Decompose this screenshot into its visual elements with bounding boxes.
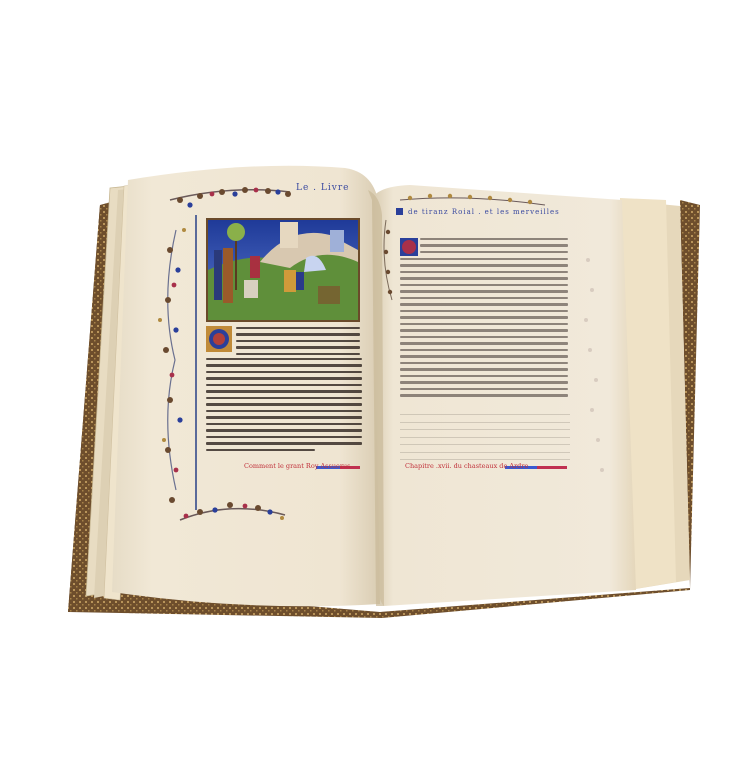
book-illustration bbox=[0, 0, 750, 780]
right-text-block bbox=[420, 238, 568, 257]
left-text-block-lower bbox=[206, 358, 362, 455]
manuscript-photo: Le . Livre de tiranz Roial . et les merv… bbox=[0, 0, 750, 780]
right-running-header: de tiranz Roial . et les merveilles bbox=[408, 208, 560, 216]
right-text-block-lower bbox=[400, 258, 568, 401]
right-ruled-lines bbox=[400, 414, 570, 467]
left-running-header: Le . Livre bbox=[296, 183, 349, 193]
left-rubric: Comment le grant Roy Assuerus bbox=[244, 462, 351, 470]
miniature-painting bbox=[206, 218, 360, 322]
left-text-block bbox=[236, 327, 360, 359]
right-rubric: Chapitre .xvii. du chasteaux de Ardre bbox=[405, 462, 528, 470]
